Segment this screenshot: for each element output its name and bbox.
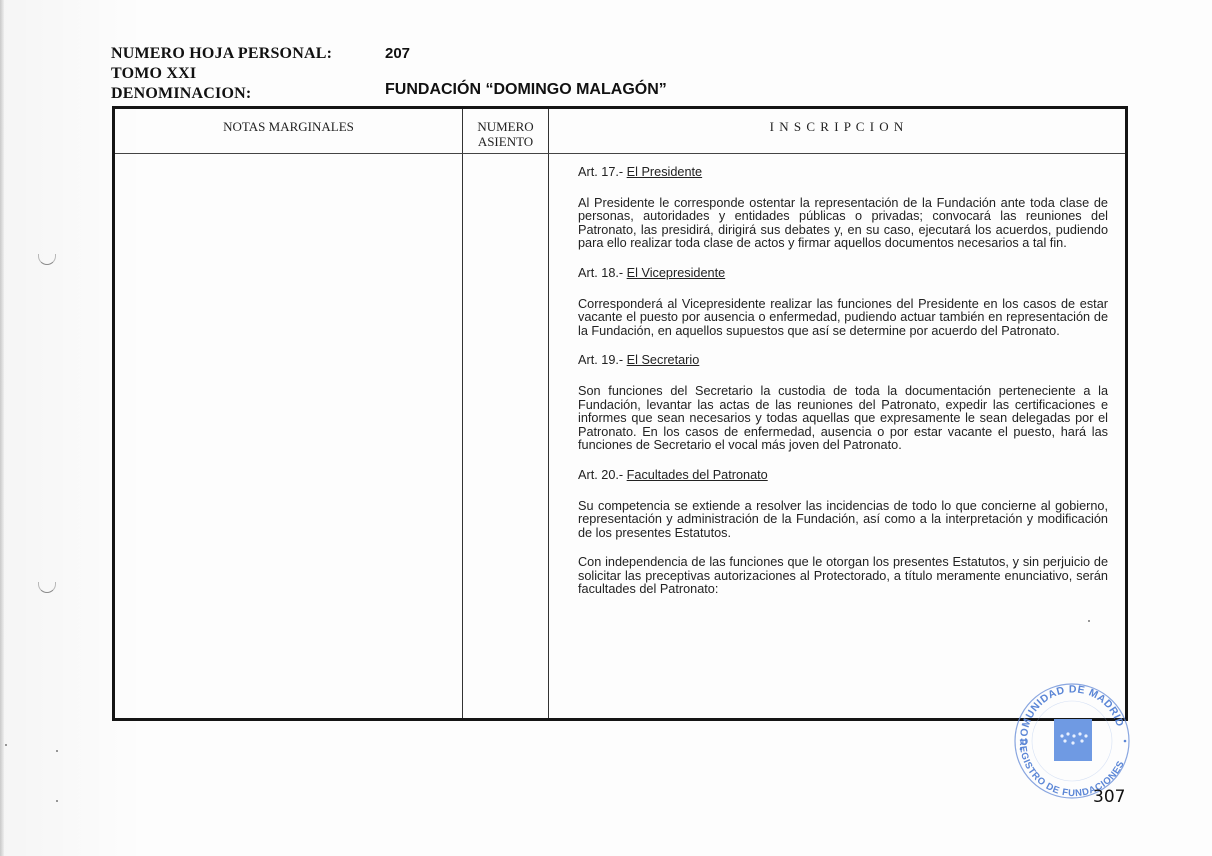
article-paragraph: Su competencia se extiende a resolver la… xyxy=(578,500,1108,541)
column-header-inscripcion: I N S C R I P C I O N xyxy=(549,119,1125,135)
article-paragraph: Al Presidente le corresponde ostentar la… xyxy=(578,197,1108,251)
article-number: Art. 19.- xyxy=(578,353,623,367)
denominacion-label: DENOMINACION: xyxy=(111,85,251,103)
registry-table: NOTAS MARGINALES NUMERO ASIENTO I N S C … xyxy=(112,106,1128,721)
punch-hole-mark xyxy=(38,254,56,265)
column-header-line: ASIENTO xyxy=(463,134,548,149)
stamp-dot xyxy=(1020,748,1023,751)
column-header-line: NUMERO xyxy=(463,119,548,134)
article-title: El Presidente xyxy=(627,165,702,179)
scan-speck xyxy=(56,800,58,802)
article-paragraph: Corresponderá al Vicepresidente realizar… xyxy=(578,298,1108,339)
article-number: Art. 17.- xyxy=(578,165,623,179)
article-heading: Art. 19.- El Secretario xyxy=(578,354,1108,368)
article-heading: Art. 17.- El Presidente xyxy=(578,166,1108,180)
header-divider xyxy=(115,153,1125,154)
article-paragraph: Son funciones del Secretario la custodia… xyxy=(578,385,1108,453)
madrid-emblem-icon xyxy=(1054,719,1092,761)
numero-hoja-label: NUMERO HOJA PERSONAL: xyxy=(111,45,332,63)
article-paragraph: Con independencia de las funciones que l… xyxy=(578,556,1108,597)
article-heading: Art. 20.- Facultades del Patronato xyxy=(578,469,1108,483)
column-header-numero-asiento: NUMERO ASIENTO xyxy=(463,119,548,149)
column-divider xyxy=(462,109,463,718)
inscripcion-cell: Art. 17.- El Presidente Al Presidente le… xyxy=(578,166,1108,613)
article-title: El Vicepresidente xyxy=(627,266,726,280)
scan-speck xyxy=(56,750,58,752)
denominacion-value: FUNDACIÓN “DOMINGO MALAGÓN” xyxy=(385,81,667,99)
page-edge xyxy=(0,0,4,856)
punch-hole-mark xyxy=(38,582,56,593)
article-title: El Secretario xyxy=(627,353,700,367)
scan-speck xyxy=(5,744,7,746)
column-divider xyxy=(548,109,549,718)
article-number: Art. 20.- xyxy=(578,468,623,482)
stamp-dot xyxy=(1124,740,1127,743)
tomo-label: TOMO XXI xyxy=(111,65,196,83)
numero-hoja-value: 207 xyxy=(385,45,410,62)
page-number: 307 xyxy=(1093,787,1125,807)
article-heading: Art. 18.- El Vicepresidente xyxy=(578,267,1108,281)
article-number: Art. 18.- xyxy=(578,266,623,280)
column-header-notas-marginales: NOTAS MARGINALES xyxy=(115,119,462,135)
registry-stamp: COMUNIDAD DE MADRID REGISTRO DE FUNDACIO… xyxy=(1012,681,1132,801)
article-title: Facultades del Patronato xyxy=(627,468,768,482)
